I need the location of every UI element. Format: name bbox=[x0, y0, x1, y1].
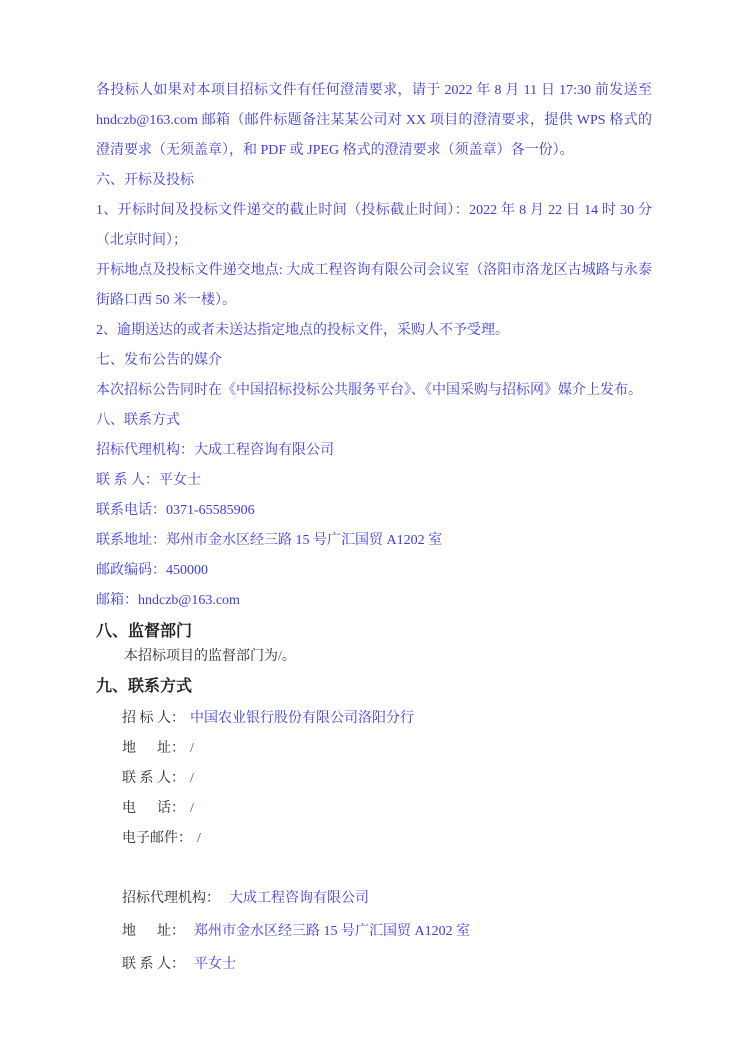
paragraph-clarification-request: 各投标人如果对本项目招标文件有任何澄清要求，请于 2022 年 8 月 11 日… bbox=[96, 76, 652, 166]
row-label: 地 址： bbox=[122, 924, 185, 939]
supervision-and-contact: 八、监督部门 本招标项目的监督部门为/。 九、联系方式 招 标 人：中国农业银行… bbox=[96, 619, 652, 981]
row-label: 联 系 人： bbox=[122, 771, 185, 786]
row-value: / bbox=[185, 771, 194, 786]
row-tenderer-contact-person: 联 系 人：/ bbox=[96, 764, 652, 794]
line-agency-name: 招标代理机构：大成工程咨询有限公司 bbox=[96, 436, 652, 466]
row-agency-contact-person: 联 系 人：平女士 bbox=[96, 948, 652, 981]
line-contact-address: 联系地址：郑州市金水区经三路 15 号广汇国贸 A1202 室 bbox=[96, 526, 652, 556]
announcement-body: 各投标人如果对本项目招标文件有任何澄清要求，请于 2022 年 8 月 11 日… bbox=[96, 76, 652, 616]
supervision-text: 本招标项目的监督部门为/。 bbox=[96, 644, 652, 670]
supervision-text-prefix: 本招标项目的监督部门为 bbox=[124, 649, 278, 664]
tenderer-contact-block: 招 标 人：中国农业银行股份有限公司洛阳分行 地 址：/ 联 系 人：/ 电 话… bbox=[96, 704, 652, 854]
heading-section6-bid-opening: 六、开标及投标 bbox=[96, 166, 652, 196]
row-value: / bbox=[185, 741, 194, 756]
line-email: 邮箱：hndczb@163.com bbox=[96, 586, 652, 616]
heading-contact-info: 九、联系方式 bbox=[96, 674, 652, 699]
heading-section7-announcement-media: 七、发布公告的媒介 bbox=[96, 346, 652, 376]
document-content: 各投标人如果对本项目招标文件有任何澄清要求，请于 2022 年 8 月 11 日… bbox=[96, 76, 652, 981]
row-label: 招 标 人： bbox=[122, 711, 185, 726]
row-label: 电 话： bbox=[122, 801, 185, 816]
row-label: 联 系 人： bbox=[122, 957, 185, 972]
paragraph-bid-deadline: 1、开标时间及投标文件递交的截止时间（投标截止时间）：2022 年 8 月 22… bbox=[96, 196, 652, 256]
paragraph-late-submission: 2、逾期送达的或者未送达指定地点的投标文件，采购人不予受理。 bbox=[96, 316, 652, 346]
line-contact-person: 联 系 人：平女士 bbox=[96, 466, 652, 496]
row-label: 地 址： bbox=[122, 741, 185, 756]
paragraph-bid-opening-location: 开标地点及投标文件递交地点: 大成工程咨询有限公司会议室（洛阳市洛龙区古城路与永… bbox=[96, 256, 652, 316]
supervision-text-suffix: 。 bbox=[282, 649, 296, 664]
row-value: 平女士 bbox=[185, 957, 236, 972]
heading-section8-contact-info: 八、联系方式 bbox=[96, 406, 652, 436]
row-label: 招标代理机构： bbox=[122, 891, 220, 906]
row-value: / bbox=[185, 801, 194, 816]
row-agency-address: 地 址：郑州市金水区经三路 15 号广汇国贸 A1202 室 bbox=[96, 915, 652, 948]
heading-supervision-department: 八、监督部门 bbox=[96, 619, 652, 644]
row-tenderer-address: 地 址：/ bbox=[96, 734, 652, 764]
row-value: 中国农业银行股份有限公司洛阳分行 bbox=[185, 711, 414, 726]
agency-contact-block: 招标代理机构：大成工程咨询有限公司 地 址：郑州市金水区经三路 15 号广汇国贸… bbox=[96, 882, 652, 981]
row-value: 大成工程咨询有限公司 bbox=[220, 891, 369, 906]
row-value: / bbox=[192, 831, 201, 846]
row-label: 电子邮件： bbox=[122, 831, 192, 846]
row-tenderer-phone: 电 话：/ bbox=[96, 794, 652, 824]
line-contact-phone: 联系电话：0371-65585906 bbox=[96, 496, 652, 526]
row-tenderer-email: 电子邮件：/ bbox=[96, 824, 652, 854]
line-postal-code: 邮政编码：450000 bbox=[96, 556, 652, 586]
row-value: 郑州市金水区经三路 15 号广汇国贸 A1202 室 bbox=[185, 924, 470, 939]
paragraph-announcement-media: 本次招标公告同时在《中国招标投标公共服务平台》、《中国采购与招标网》媒介上发布。 bbox=[96, 376, 652, 406]
row-agency-name: 招标代理机构：大成工程咨询有限公司 bbox=[96, 882, 652, 915]
row-tenderer: 招 标 人：中国农业银行股份有限公司洛阳分行 bbox=[96, 704, 652, 734]
document-page: 各投标人如果对本项目招标文件有任何澄清要求，请于 2022 年 8 月 11 日… bbox=[0, 0, 738, 1051]
